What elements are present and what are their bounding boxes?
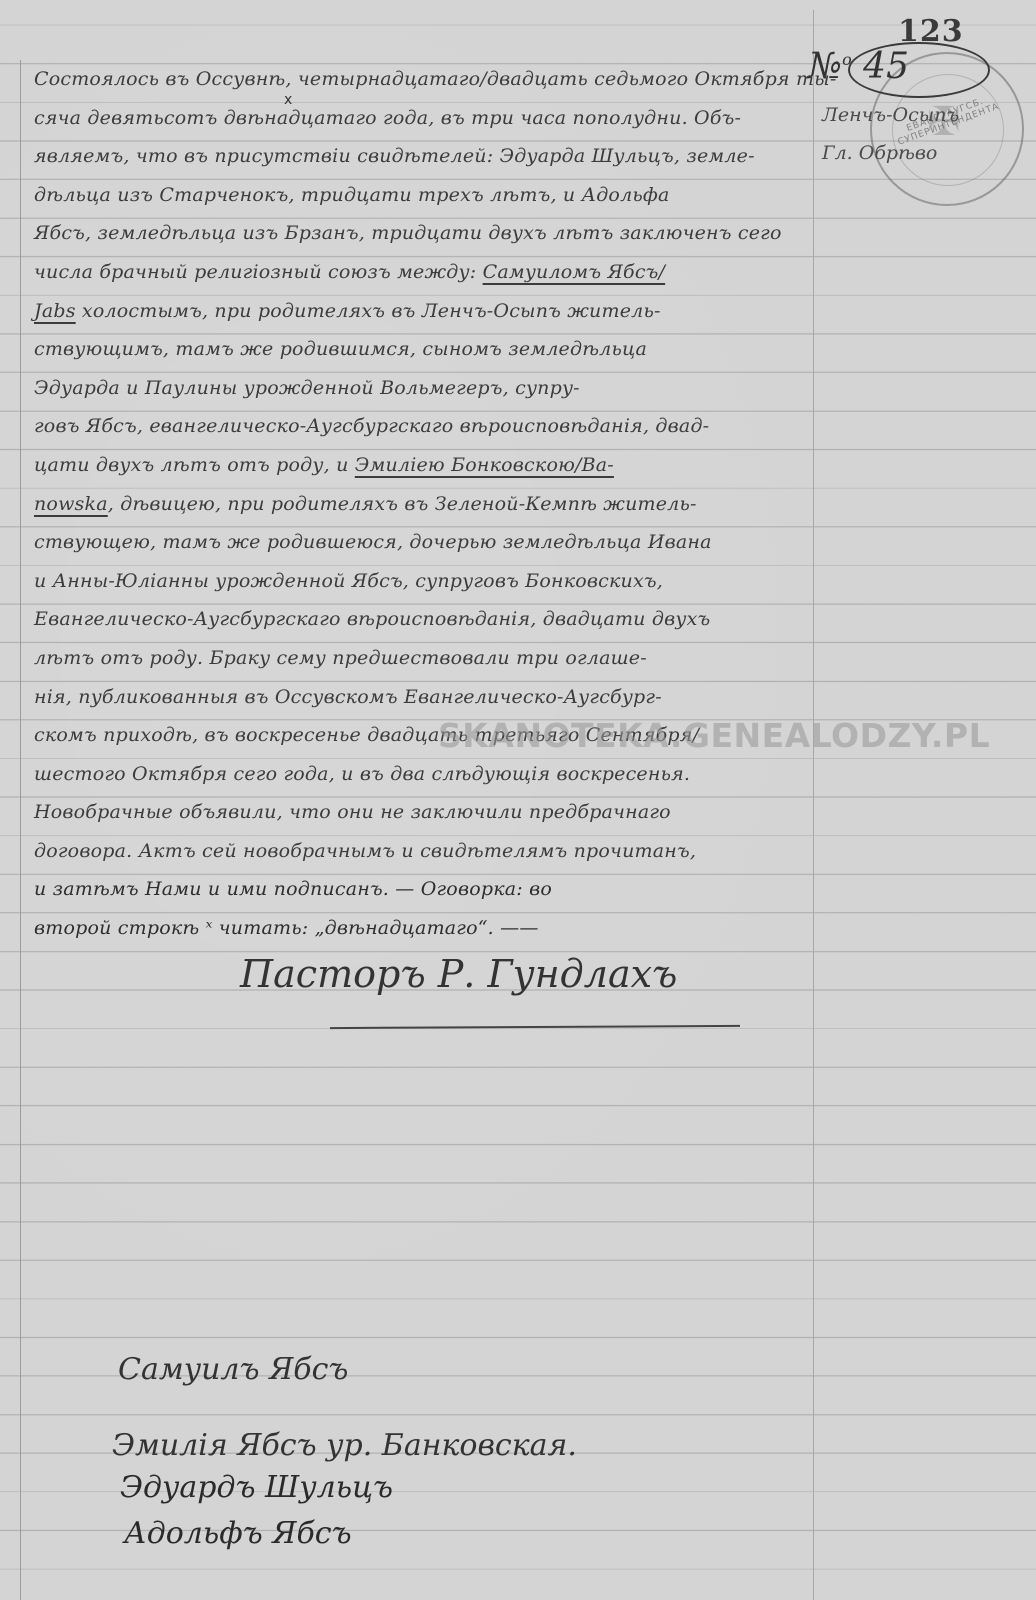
margin-note: Ленчъ-ОсыпъГл. Обрѣво — [822, 96, 959, 172]
body-line: нія, публикованныя въ Оссувскомъ Евангел… — [34, 678, 814, 717]
body-line: и затѣмъ Нами и ими подписанъ. — Оговорк… — [34, 870, 814, 909]
body-line: шестого Октября сего года, и въ два слѣд… — [34, 755, 814, 794]
signature-witness-2: Адольфъ Ябсъ — [124, 1516, 352, 1551]
bride-name: Эмиліею Бонковскою/Ва- — [355, 454, 614, 476]
body-line: Новобрачные объявили, что они не заключи… — [34, 793, 814, 832]
groom-name-latin: Jabs — [34, 300, 76, 322]
body-line: Состоялось въ Осcувнѣ, четырнадцатаго/дв… — [34, 60, 814, 99]
body-line-bride: цати двухъ лѣтъ отъ роду, и Эмиліею Бонк… — [34, 446, 814, 485]
body-line: Ябсъ, земледѣльца изъ Брзанъ, тридцати д… — [34, 214, 814, 253]
body-line: Эдуарда и Паулины урожденной Вольмегеръ,… — [34, 369, 814, 408]
margin-note-line: Гл. Обрѣво — [822, 134, 959, 172]
bride-name-latin: nowska — [34, 493, 108, 515]
signature-witness-1: Эдуардъ Шульцъ — [120, 1470, 393, 1505]
officiant-signature: Пасторъ Р. Гундлахъ — [240, 952, 677, 996]
body-line-text: цати двухъ лѣтъ отъ роду, и — [34, 454, 355, 476]
body-line-bride-latin: nowska, дѣвицею, при родителяхъ въ Зелен… — [34, 485, 814, 524]
body-line: ствующимъ, тамъ же родившимся, сыномъ зе… — [34, 330, 814, 369]
body-line: и Анны-Юліанны урожденной Ябсъ, супругов… — [34, 562, 814, 601]
record-number-value: 45 — [863, 46, 909, 87]
groom-name: Самуиломъ Ябсъ/ — [483, 261, 666, 283]
record-body: Состоялось въ Осcувнѣ, четырнадцатаго/дв… — [34, 60, 814, 948]
body-line: договора. Актъ сей новобрачнымъ и свидѣт… — [34, 832, 814, 871]
body-line: ствующею, тамъ же родившеюся, дочерью зе… — [34, 523, 814, 562]
body-line: являемъ, что въ присутствіи свидѣтелей: … — [34, 137, 814, 176]
body-line-groom-latin: Jabs холостымъ, при родителяхъ въ Ленчъ-… — [34, 292, 814, 331]
document-page: 123 ✠ ЕВАНГ. АУГСБ. СУПЕРИНТЕНДЕНТА №o 4… — [0, 0, 1036, 1600]
body-line: дѣльца изъ Старченокъ, тридцати трехъ лѣ… — [34, 176, 814, 215]
body-line-text: холостымъ, при родителяхъ въ Ленчъ-Осыпъ… — [76, 300, 661, 322]
signature-bride: Эмилія Ябсъ ур. Банковская. — [112, 1428, 577, 1463]
signature-groom: Самуилъ Ябсъ — [118, 1352, 348, 1387]
record-number-o: o — [842, 50, 852, 69]
body-line-groom: числа брачный религіозный союзъ между: С… — [34, 253, 814, 292]
left-margin-line — [20, 60, 21, 1600]
margin-note-line: Ленчъ-Осыпъ — [822, 96, 959, 134]
watermark: SKANOTEKA.GENEALODZY.PL — [438, 716, 990, 755]
body-line: сяча девятьсотъ двѣнадцатаго года, въ тр… — [34, 99, 814, 138]
body-line: Евангелическо-Аугсбургскаго вѣроисповѣда… — [34, 600, 814, 639]
body-line-text: , дѣвицею, при родителяхъ въ Зеленой-Кем… — [108, 493, 697, 515]
body-line-text: числа брачный религіозный союзъ между: — [34, 261, 483, 283]
body-line-correction: второй строкѣ ˣ читать: „двѣнадцатаго“. … — [34, 909, 814, 948]
body-line: лѣтъ отъ роду. Браку сему предшествовали… — [34, 639, 814, 678]
body-line: говъ Ябсъ, евангелическо-Аугсбургскаго в… — [34, 407, 814, 446]
